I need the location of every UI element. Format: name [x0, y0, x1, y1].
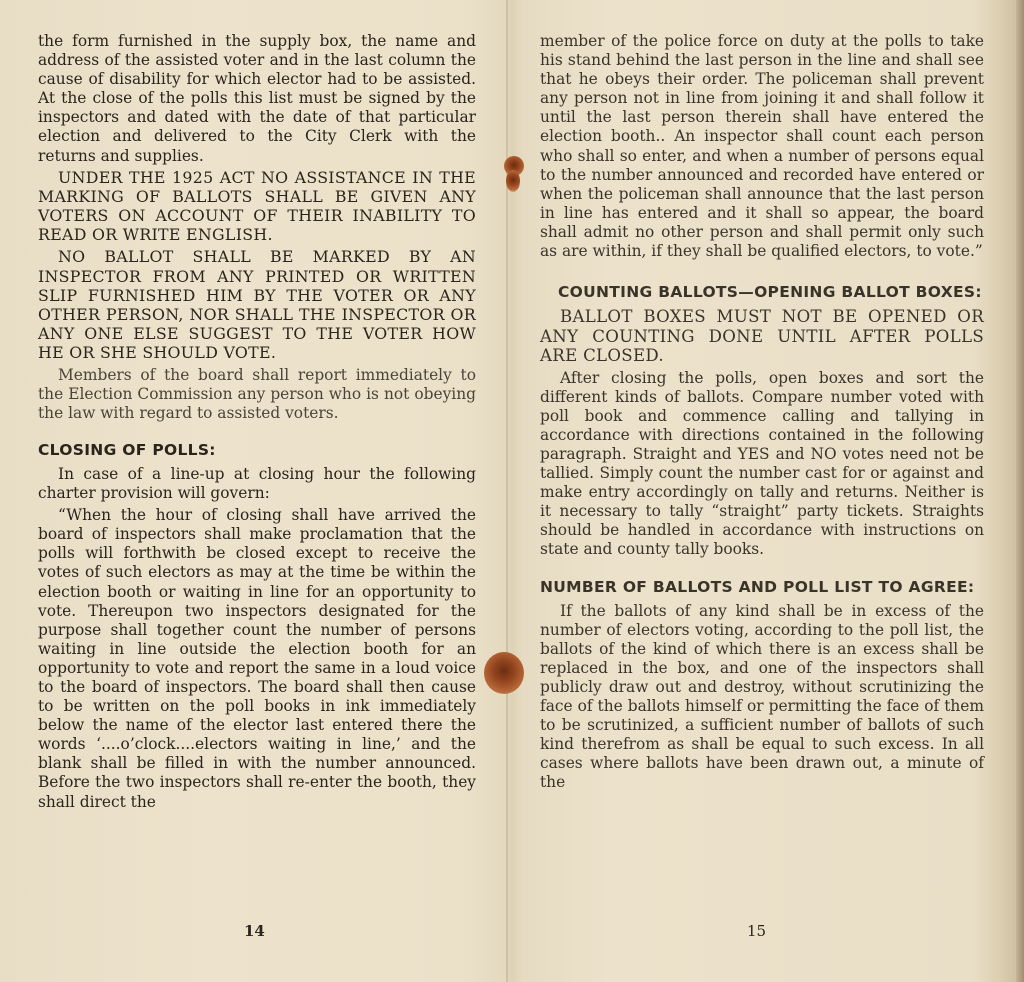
- right-paragraph-after-closing: After closing the polls, open boxes and …: [540, 369, 984, 560]
- left-paragraph-1: the form furnished in the supply box, th…: [38, 32, 476, 166]
- heading-number-of-ballots: NUMBER OF BALLOTS AND POLL LIST TO AGREE…: [540, 578, 984, 597]
- left-page: the form furnished in the supply box, th…: [38, 32, 476, 812]
- page-edge: [1016, 0, 1024, 982]
- page-number-right: 15: [747, 922, 766, 940]
- right-paragraph-1: member of the police force on duty at th…: [540, 32, 984, 261]
- left-paragraph-line-up: In case of a line-up at closing hour the…: [38, 465, 476, 503]
- right-paragraph-excess-ballots: If the ballots of any kind shall be in e…: [540, 602, 984, 793]
- left-paragraph-charter-quote: “When the hour of closing shall have arr…: [38, 506, 476, 812]
- left-paragraph-members-report: Members of the board shall report immedi…: [38, 366, 476, 423]
- left-paragraph-act-1925: UNDER THE 1925 ACT NO ASSISTANCE IN THE …: [38, 168, 476, 245]
- left-paragraph-no-ballot-marked: NO BALLOT SHALL BE MARKED BY AN INSPECTO…: [38, 247, 476, 362]
- heading-closing-of-polls: CLOSING OF POLLS:: [38, 441, 476, 460]
- ink-stain-top-drip: [506, 170, 520, 192]
- heading-counting-ballots: COUNTING BALLOTS—OPENING BALLOT BOXES:: [558, 283, 984, 302]
- page-number-left: 14: [244, 922, 265, 940]
- book-gutter: [506, 0, 508, 982]
- right-paragraph-boxes-not-opened: BALLOT BOXES MUST NOT BE OPENED OR ANY C…: [540, 307, 984, 366]
- right-page: member of the police force on duty at th…: [540, 32, 984, 793]
- ink-stain-middle: [484, 652, 524, 694]
